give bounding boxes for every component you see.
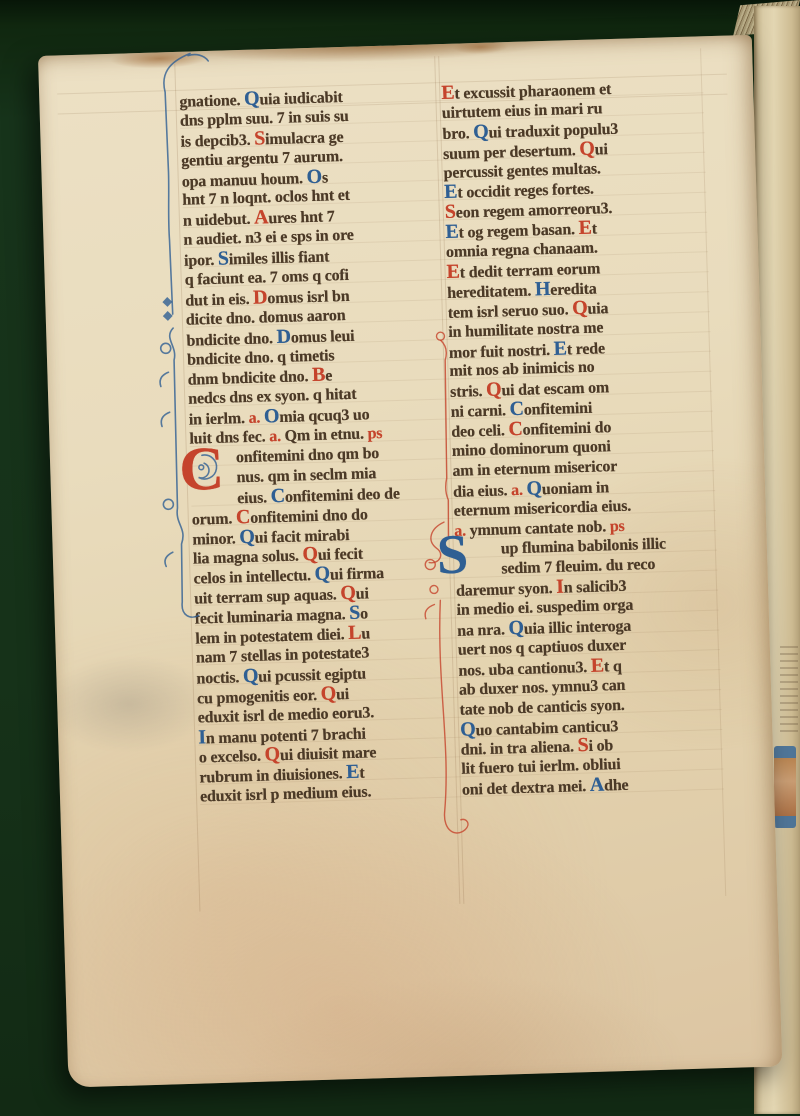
manuscript-page: gnatione. Quia iudicabitdns pplm suu. 7 … (38, 35, 782, 1088)
illuminated-initial-C: C (178, 439, 225, 500)
versal-letter: Q (572, 297, 588, 319)
text-segment: daremur syon. (456, 580, 557, 600)
text-segment: ni carni. (451, 402, 510, 421)
text-segment: in ierlm. (189, 410, 249, 429)
versal-letter: a. (248, 410, 264, 427)
versal-letter: Q (239, 525, 255, 547)
versal-letter: S (218, 248, 230, 270)
versal-letter: E (578, 217, 592, 239)
text-segment: t (592, 221, 598, 238)
versal-letter: H (535, 278, 551, 300)
versal-letter: Q (579, 137, 595, 159)
text-segment: dhe (604, 777, 629, 795)
text-segment: oni det dextra mei. (462, 778, 590, 799)
text-segment: cu pmogenitis eor. (197, 687, 321, 708)
text-segment: onfitemini dno qm bo (236, 445, 380, 466)
text-segment: ures hnt 7 (268, 209, 335, 228)
text-segment: t q (604, 658, 622, 676)
versal-letter: Q (460, 718, 476, 740)
text-segment: imiles illis fiant (229, 249, 330, 269)
versal-letter: Q (486, 379, 502, 401)
versal-letter: C (508, 418, 523, 440)
versal-letter: a. (269, 428, 285, 445)
text-segment: bro. (442, 125, 473, 143)
versal-letter: E (346, 761, 360, 783)
text-segment: s (322, 169, 329, 186)
versal-letter: Q (244, 87, 260, 109)
text-segment: eduxit isrl p medium eius. (200, 784, 372, 806)
text-segment: is depcib3. (180, 131, 254, 150)
illuminated-initial-S: S (436, 527, 469, 582)
text-segment: ui traduxit populu3 (488, 121, 618, 142)
text-segment: mino dominorum quoni (452, 438, 611, 460)
text-segment: bndicite dno. (186, 330, 277, 350)
versal-letter: Q (314, 563, 330, 585)
text-segment: n salicib3 (564, 578, 627, 597)
text-segment: onfitemini dno do (250, 506, 368, 526)
text-segment: omus leui (291, 327, 355, 346)
photo-frame: gnatione. Quia iudicabitdns pplm suu. 7 … (0, 0, 800, 1116)
versal-letter: O (306, 165, 322, 187)
versal-letter: S (577, 734, 589, 756)
text-segment: noctis. (196, 669, 243, 687)
text-segment: ui diuisit mare (280, 745, 377, 765)
text-segment: uirtutem eius in mari ru (442, 100, 603, 122)
text-segment: tate nob de canticis syon. (459, 696, 624, 718)
versal-letter: ps (367, 425, 382, 442)
text-segment: ab duxer nos. ymnu3 can (459, 677, 626, 699)
text-segment: ui (356, 586, 369, 603)
text-segment: n uidebut. (183, 211, 255, 230)
text-segment: mor fuit nostri. (449, 341, 554, 361)
text-segment: eduxit isrl de medio eoru3. (197, 704, 374, 726)
text-segment: ipor. (184, 252, 218, 270)
versal-letter: E (591, 654, 605, 676)
versal-letter: Q (526, 477, 542, 499)
versal-letter: O (264, 405, 280, 427)
versal-letter: E (444, 181, 458, 203)
text-segment: orum. (192, 510, 237, 528)
text-segment: eius. (237, 489, 271, 507)
text-segment: dicite dno. domus aaron (186, 307, 346, 329)
text-segment: omus isrl bn (267, 288, 350, 307)
text-segment: dia eius. (453, 482, 512, 501)
text-segment: ui (594, 141, 607, 158)
text-segment: i ob (588, 738, 613, 756)
versal-letter: A (590, 774, 605, 796)
text-segment: ymnum cantate nob. (469, 518, 610, 539)
next-page-initial-peek (774, 758, 796, 816)
text-segment: stris. (450, 383, 486, 401)
versal-letter: E (446, 261, 460, 283)
text-segment: t rede (567, 340, 606, 358)
versal-letter: L (348, 622, 362, 644)
versal-letter: E (445, 221, 459, 243)
text-segment: e (325, 368, 332, 385)
next-page-text-peek (780, 646, 798, 736)
text-segment: u (361, 625, 370, 642)
versal-letter: Q (320, 682, 336, 704)
text-segment: suum per desertum. (443, 142, 580, 163)
text-segment: minor. (192, 530, 239, 548)
versal-letter: a. (511, 482, 527, 499)
text-segment: uia illic interoga (524, 618, 632, 638)
text-segment: o (360, 606, 368, 623)
next-page-initial-peek (774, 816, 796, 828)
text-segment: eternum misericordia eius. (453, 497, 631, 519)
versal-letter: Q (473, 120, 489, 142)
text-segment: ui (336, 686, 349, 703)
text-segment: uia iudicabit (259, 89, 343, 108)
text-segment: uoniam in (542, 479, 610, 498)
text-segment: ui dat escam om (501, 380, 609, 400)
text-segment: onfitemini (524, 400, 593, 419)
text-segment: na nra. (457, 621, 509, 640)
text-segment: gnatione. (179, 92, 244, 111)
versal-letter: Q (508, 617, 524, 639)
versal-letter: E (441, 82, 455, 104)
text-segment: nus. qm in seclm mia (236, 465, 376, 486)
text-segment: imulacra ge (265, 129, 344, 148)
versal-letter: Q (243, 665, 259, 687)
text-segment: lia magna solus. (193, 548, 303, 568)
text-segment: Qm in etnu. (284, 426, 367, 445)
versal-letter: B (312, 364, 326, 386)
versal-letter: E (553, 337, 567, 359)
versal-letter: A (254, 207, 269, 229)
text-column-right: Et excussit pharaonem etuirtutem eius in… (441, 76, 724, 800)
text-segment: ui firma (330, 565, 384, 584)
versal-letter: Q (264, 744, 280, 766)
text-segment: t (359, 765, 365, 782)
versal-letter: S (254, 127, 266, 149)
text-segment: omnia regna chanaam. (446, 240, 598, 261)
next-page-initial-peek (774, 746, 796, 758)
text-segment: ui pcussit egiptu (258, 665, 366, 685)
text-segment: onfitemini do (522, 419, 611, 439)
text-segment: mit nos ab inimicis no (449, 359, 594, 380)
text-segment: deo celi. (451, 422, 509, 441)
text-segment: onfitemini deo de (285, 485, 400, 505)
text-segment: percussit gentes multas. (443, 160, 601, 182)
versal-letter: C (270, 485, 285, 507)
text-segment: mia qcuq3 uo (279, 407, 370, 427)
text-segment: tem isrl seruo suo. (448, 301, 573, 322)
text-segment: o excelso. (199, 748, 265, 767)
versal-letter: D (253, 286, 268, 308)
text-segment: ui fecit (318, 546, 364, 564)
versal-letter: ps (610, 517, 625, 534)
text-segment: sedim 7 fleuim. du reco (501, 556, 655, 578)
text-segment: uia (587, 300, 608, 318)
text-segment: in humilitate nostra me (448, 319, 603, 341)
versal-letter: D (276, 325, 291, 347)
text-segment: dut in eis. (185, 291, 253, 310)
text-segment: hereditatem. (447, 282, 535, 302)
